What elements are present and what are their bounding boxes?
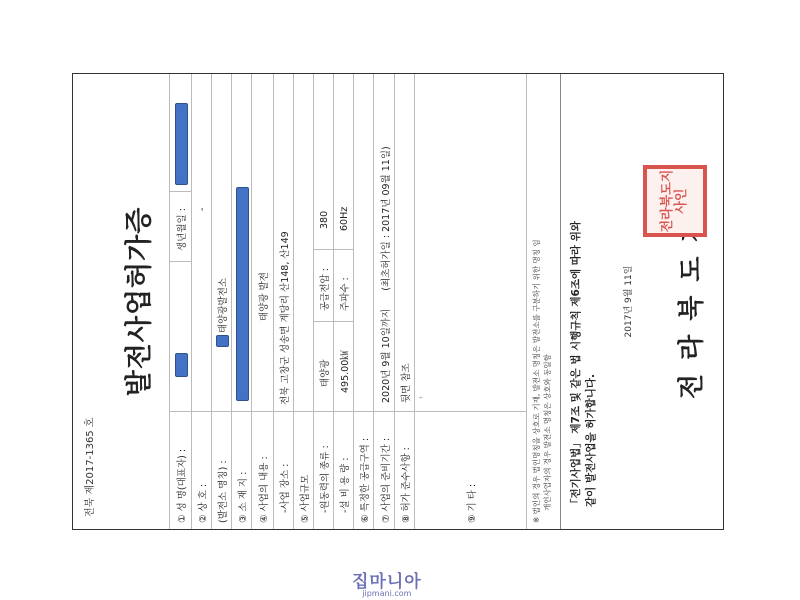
value-voltage: 380 [314, 74, 334, 249]
label-frequency: 주파수 : [334, 249, 354, 321]
value-power-source: 태양광 [314, 321, 334, 411]
label-conditions: ⑧ 허가 준수사항 : [395, 411, 415, 529]
label-plant-name: (발전소 명칭) : [212, 411, 232, 529]
value-frequency: 60Hz [334, 74, 354, 249]
label-scale: ⑤ 사업규모 [294, 411, 314, 529]
issue-date: 2017년 9월 11일 [621, 74, 634, 529]
label-power-source: -원동력의 종류 : [314, 411, 334, 529]
label-supply-area: ⑥ 특정한 공급구역 : [354, 411, 374, 529]
watermark: 집마니아 jipmani.com [352, 567, 422, 598]
row-plant-name: (발전소 명칭) : 태양광발전소 [211, 74, 232, 529]
label-prep-period: ⑦ 사업의 준비기간 : [374, 411, 395, 529]
document-title: 발전사업허가증 [117, 74, 156, 529]
row-location: ③ 소 재 지 : [231, 74, 252, 529]
document-number: 전북 제2017-1365 호 [81, 417, 96, 517]
row-conditions: ⑧ 허가 준수사항 : 뒷면 참조 [394, 74, 415, 529]
value-plant-name: 태양광발전소 [215, 278, 229, 333]
divider [560, 74, 561, 529]
note-line-1: ※ 법인의 경우 법인명칭을 상호로 기재, 발전소 명칭은 발전소를 구분하기… [531, 80, 542, 523]
law-statement: 「전기사업법」 제7조 및 같은 법 시행규칙 제6조에 따라 위와 같이 발전… [569, 84, 599, 509]
label-trade-name: ② 상 호 : [192, 411, 212, 529]
value-prep-period: 2020년 9월 10일까지 [378, 309, 392, 403]
row-power-source: -원동력의 종류 : 태양광 공급전압 : 380 [313, 74, 334, 529]
redacted-name [175, 353, 188, 377]
stray-mark: ˀ [419, 396, 427, 399]
row-site: -사업 장소 : 전북 고창군 성송면 계당리 산148, 산149 [273, 74, 294, 529]
official-seal: 전라북도지사인 [643, 165, 707, 237]
value-business: 태양광 발전 [252, 74, 274, 411]
row-capacity: -설 비 용 량 : 495.00㎾ 주파수 : 60Hz [333, 74, 354, 529]
value-supply-area [354, 74, 374, 411]
row-prep-period: ⑦ 사업의 준비기간 : 2020년 9월 10일까지 (최초허가일 : 201… [373, 74, 395, 529]
label-business: ④ 사업의 내용 : [252, 411, 274, 529]
row-name: ① 성 명(대표자) : 생년월일 : [169, 74, 192, 529]
label-birthdate: 생년월일 : [170, 191, 192, 261]
value-initial-permit-date: (최초허가일 : 2017년 09월 11일) [378, 146, 392, 290]
redacted-birthdate [175, 103, 188, 185]
label-name: ① 성 명(대표자) : [170, 411, 192, 529]
value-capacity: 495.00㎾ [334, 321, 354, 411]
label-site: -사업 장소 : [274, 411, 294, 529]
label-other: ⑨ 기 타 : [415, 411, 527, 529]
value-trade-name: - [192, 74, 212, 411]
value-other [415, 74, 527, 411]
watermark-url: jipmani.com [352, 589, 422, 598]
redacted-plant-prefix [216, 335, 229, 347]
row-supply-area: ⑥ 특정한 공급구역 : [353, 74, 374, 529]
row-other: ⑨ 기 타 : [414, 74, 527, 529]
label-location: ③ 소 재 지 : [232, 411, 252, 529]
label-voltage: 공급전압 : [314, 249, 334, 321]
row-business: ④ 사업의 내용 : 태양광 발전 [251, 74, 274, 529]
note-line-2: 개인사업자의 경우 발전소 명칭은 상호와 동일함 [542, 80, 553, 523]
row-trade-name: ② 상 호 : - [191, 74, 212, 529]
value-conditions: 뒷면 참조 [395, 74, 415, 411]
value-site: 전북 고창군 성송면 계당리 산148, 산149 [274, 74, 294, 411]
permit-document: 전북 제2017-1365 호 발전사업허가증 ① 성 명(대표자) : 생년월… [72, 73, 724, 530]
row-scale: ⑤ 사업규모 [293, 74, 314, 529]
redacted-address [236, 187, 249, 401]
note-box: ※ 법인의 경우 법인명칭을 상호로 기재, 발전소 명칭은 발전소를 구분하기… [526, 74, 560, 529]
label-capacity: -설 비 용 량 : [334, 411, 354, 529]
